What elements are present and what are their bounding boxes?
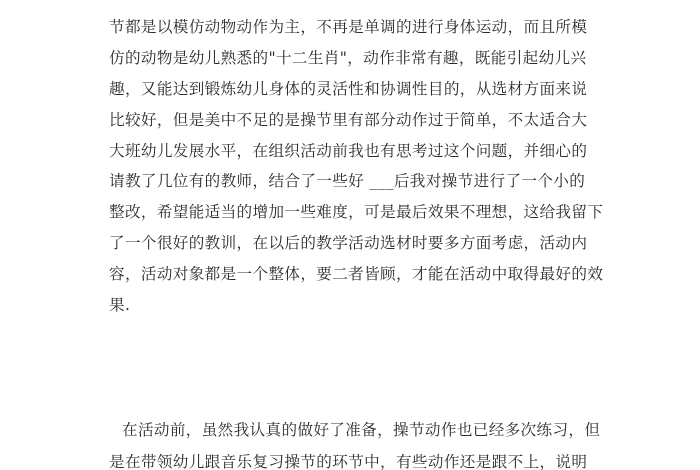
text-line: 果. [109,295,599,315]
text-line: 了一个很好的教训，在以后的教学活动选材时要多方面考虑，活动内 [109,233,599,253]
text-line: 请教了几位有的教师，结合了一些好 ___后我对操节进行了一个小的 [109,171,599,191]
text-line: 是在带领幼儿跟音乐复习操节的环节中，有些动作还是跟不上，说明 [109,452,599,470]
text-line: 节都是以模仿动物动作为主，不再是单调的进行身体运动，而且所模 [109,17,599,37]
text-line: 容，活动对象都是一个整体，要二者皆顾，才能在活动中取得最好的效 [109,264,599,284]
text-line: 趣，又能达到锻炼幼儿身体的灵活性和协调性目的，从选材方面来说 [109,79,599,99]
text-line: 大班幼儿发展水平，在组织活动前我也有思考过这个问题，并细心的 [109,141,599,161]
text-line: 比较好，但是美中不足的是操节里有部分动作过于简单，不太适合大 [109,110,599,130]
text-line: 仿的动物是幼儿熟悉的"十二生肖"，动作非常有趣，既能引起幼儿兴 [109,48,599,68]
text-line: 整改，希望能适当的增加一些难度，可是最后效果不理想，这给我留下 [109,202,599,222]
document-page: 节都是以模仿动物动作为主，不再是单调的进行身体运动，而且所模 仿的动物是幼儿熟悉… [0,0,700,470]
text-line: 在活动前，虽然我认真的做好了准备，操节动作也已经多次练习，但 [122,420,612,440]
